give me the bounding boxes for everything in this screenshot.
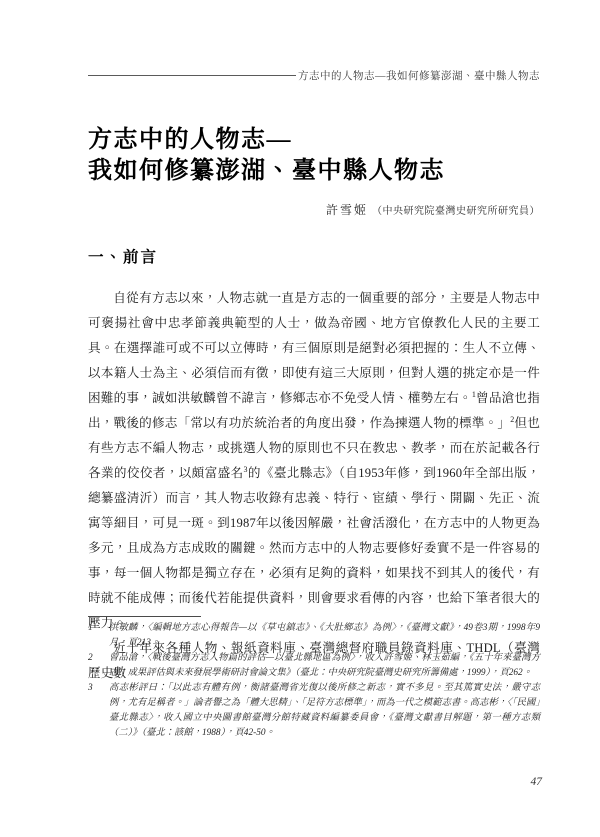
paragraph-1-segment-1: 自從有方志以來，人物志就一直是方志的一個重要的部分，主要是人物志中可褒揚社會中忠…	[88, 291, 540, 405]
footnote-3-number: 3	[88, 681, 93, 696]
footnote-3-text: 高志彬評曰：「以此志有體有例，衡諸臺灣省光復以後所修之新志，實不多見。至其篤實史…	[109, 683, 540, 738]
footnote-separator	[88, 616, 201, 617]
footnote-2-number: 2	[88, 651, 93, 666]
article-title-line1: 方志中的人物志—	[88, 125, 540, 156]
author-line: 許雪姬 （中央研究院臺灣史研究所研究員）	[88, 201, 540, 219]
page-number: 47	[531, 776, 543, 788]
running-header: 方志中的人物志—我如何修纂澎湖、臺中縣人物志	[88, 68, 540, 83]
running-header-title: 方志中的人物志—我如何修纂澎湖、臺中縣人物志	[296, 68, 540, 83]
footnote-1-text: 洪敏麟，〈編輯地方志心得報告—以《草屯鎮志》、《大肚鄉志》為例〉，《臺灣文獻》，…	[109, 623, 540, 648]
document-page: 方志中的人物志—我如何修纂澎湖、臺中縣人物志 方志中的人物志— 我如何修纂澎湖、…	[0, 0, 600, 837]
section-heading: 一、前言	[88, 245, 540, 267]
paragraph-1: 自從有方志以來，人物志就一直是方志的一個重要的部分，主要是人物志中可褒揚社會中忠…	[88, 286, 540, 636]
paragraph-1-segment-4: 的《臺北縣志》（自1953年修，到1960年全部出版，總纂盛清沂）而言，其人物志…	[88, 466, 540, 630]
footnote-1: 1 洪敏麟，〈編輯地方志心得報告—以《草屯鎮志》、《大肚鄉志》為例〉，《臺灣文獻…	[88, 621, 540, 651]
author-affiliation: （中央研究院臺灣史研究所研究員）	[372, 206, 540, 217]
footnote-3: 3 高志彬評曰：「以此志有體有例，衡諸臺灣省光復以後所修之新志，實不多見。至其篤…	[88, 681, 540, 741]
footnote-1-number: 1	[88, 621, 93, 636]
footnotes: 1 洪敏麟，〈編輯地方志心得報告—以《草屯鎮志》、《大肚鄉志》為例〉，《臺灣文獻…	[88, 621, 540, 741]
author-name: 許雪姬	[326, 203, 368, 217]
article-title: 方志中的人物志— 我如何修纂澎湖、臺中縣人物志	[88, 125, 540, 187]
footnote-2-text: 曾品滄，〈戰後臺灣方志人物篇的評估—以臺北縣地區為例〉，收入許雪姬、林玉茹編，《…	[109, 653, 540, 678]
header-rule	[88, 75, 296, 76]
article-title-line2: 我如何修纂澎湖、臺中縣人物志	[88, 156, 540, 187]
footnote-2: 2 曾品滄，〈戰後臺灣方志人物篇的評估—以臺北縣地區為例〉，收入許雪姬、林玉茹編…	[88, 651, 540, 681]
